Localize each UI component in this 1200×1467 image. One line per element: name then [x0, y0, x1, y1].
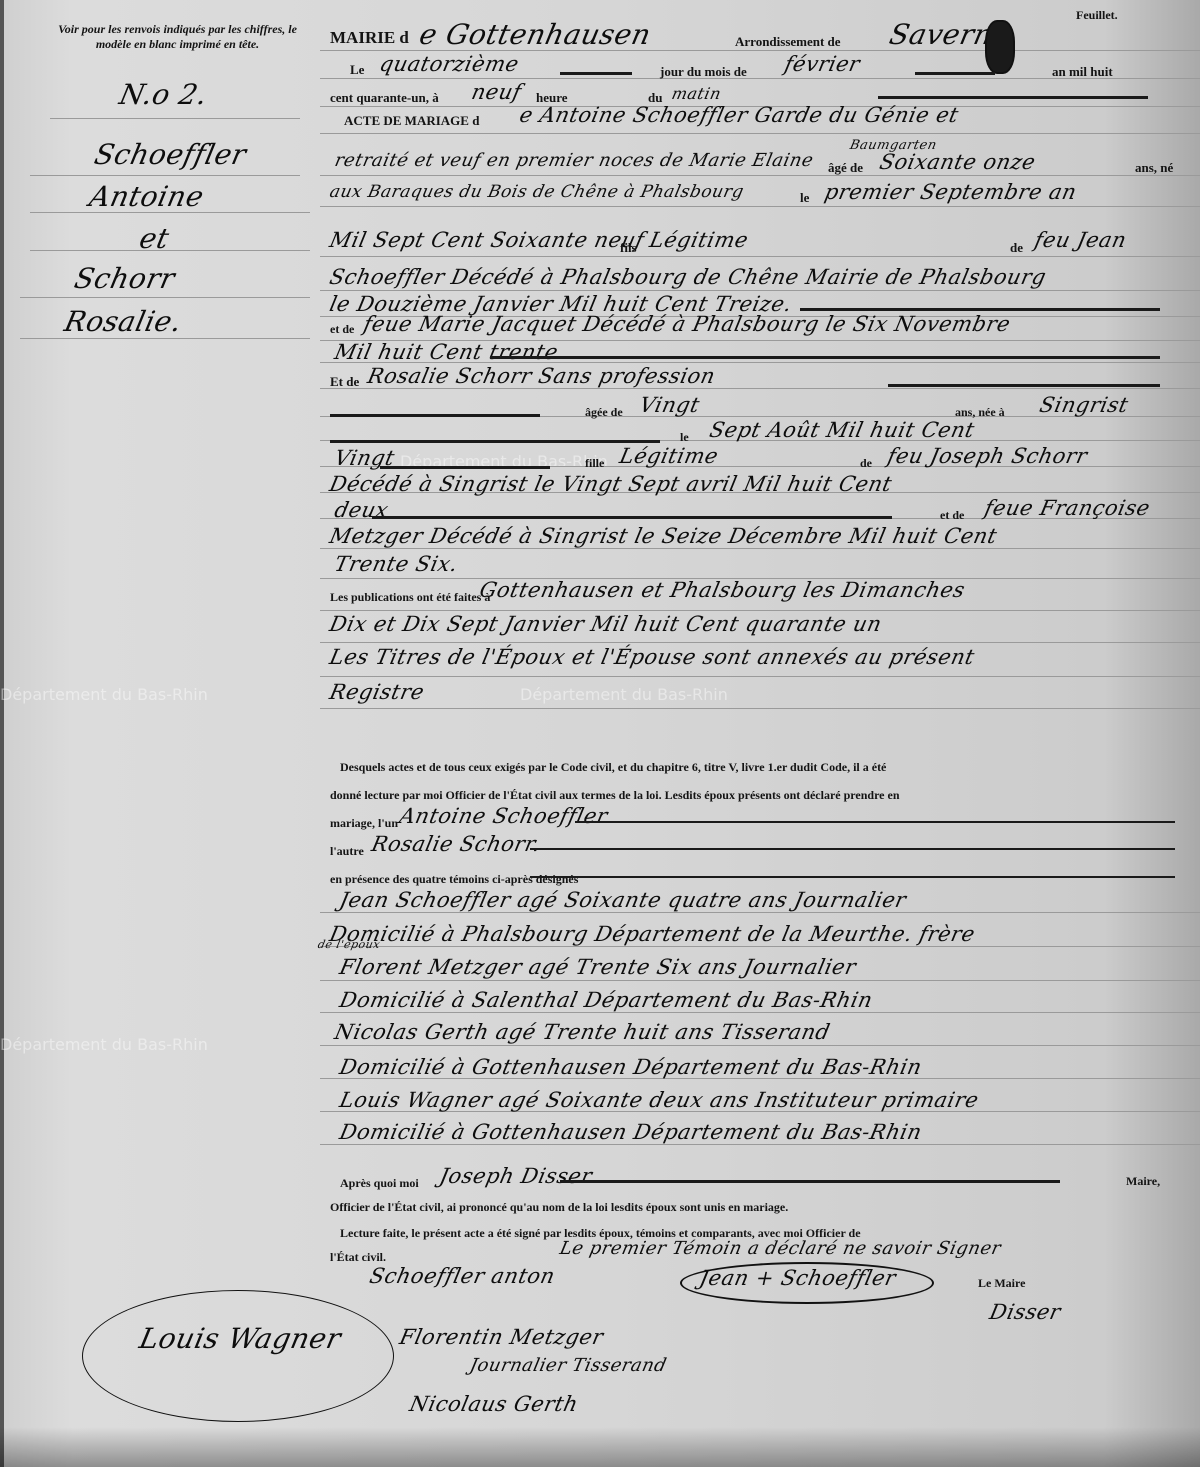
ink-blot	[985, 20, 1015, 74]
fils-label: fils	[620, 240, 637, 256]
le-maire-label: Le Maire	[978, 1276, 1025, 1291]
spouse-1: Antoine Schoeffler	[397, 804, 610, 828]
witness-line: Nicolas Gerth agé Trente huit ans Tisser…	[332, 1020, 832, 1044]
spouse-2: Rosalie Schorr.	[369, 832, 543, 856]
fille-label: fille	[585, 456, 604, 471]
mairie-label: MAIRIE d	[330, 28, 409, 48]
bride-age: Vingt	[637, 393, 702, 417]
apres-label: Après quoi moi	[340, 1176, 419, 1191]
witness-line: Domicilié à Gottenhausen Département du …	[337, 1120, 924, 1144]
metzger-signature: Florentin Metzger	[397, 1325, 605, 1349]
groom-age: Soixante onze	[877, 150, 1037, 174]
le-label: Le	[350, 62, 364, 78]
lautre-label: l'autre	[330, 844, 364, 859]
hour-value: neuf	[469, 80, 523, 104]
groom-birth-date-2: Mil Sept Cent Soixante neuf	[327, 228, 646, 252]
groom-line-2: retraité et veuf en premier noces de Mar…	[333, 150, 816, 171]
witness-mark-signature: Jean + Schoeffler	[697, 1266, 898, 1290]
day-value: quatorzième	[377, 52, 521, 76]
watermark: Département du Bas-Rhin	[520, 685, 728, 704]
groom-birth-place: aux Baraques du Bois de Chêne à Phalsbou…	[328, 182, 746, 202]
bride-name: Rosalie Schorr Sans profession	[365, 364, 717, 388]
witness-line: Louis Wagner agé Soixante deux ans Insti…	[337, 1088, 981, 1112]
month-value: février	[782, 52, 862, 76]
officier-paragraph: Officier de l'État civil, ai prononcé qu…	[330, 1200, 788, 1215]
presence-label: en présence des quatre témoins ci-après …	[330, 872, 578, 887]
period-value: matin	[670, 84, 723, 103]
publications-label: Les publications ont été faites à	[330, 590, 490, 605]
groom-signature: Schoeffler anton	[367, 1264, 557, 1288]
bride-father-2: Décédé à Singrist le Vingt Sept avril Mi…	[327, 472, 894, 496]
groom-birth-date-1: premier Septembre an	[822, 180, 1078, 204]
page-edge	[0, 0, 4, 1467]
bride-father-1: feu Joseph Schorr	[885, 444, 1089, 468]
de14-label: de	[860, 456, 872, 471]
mayor-name: Joseph Disser	[437, 1164, 594, 1188]
bride-birth-date-1: Sept Août Mil huit Cent	[707, 418, 976, 442]
acte-label: ACTE DE MARIAGE d	[344, 113, 479, 129]
witness-line: Domicilié à Gottenhausen Département du …	[337, 1055, 924, 1079]
et-de15-label: et de	[940, 508, 964, 523]
margin-groom-surname: Schoeffler	[91, 138, 249, 171]
margin-instruction: Voir pour les renvois indiqués par les c…	[40, 22, 315, 52]
an-mil-label: an mil huit	[1052, 64, 1113, 80]
agee-label: âgée de	[585, 405, 623, 420]
groom-mother-1: feue Marie Jacquet Décédé à Phalsbourg l…	[361, 312, 1012, 336]
ans-ne-label: ans, né	[1135, 160, 1173, 176]
groom-line-1: e Antoine Schoeffler Garde du Génie et	[517, 103, 960, 127]
desquels-paragraph: Desquels actes et de tous ceux exigés pa…	[340, 760, 886, 775]
age-label: âgé de	[828, 160, 863, 176]
metzger-role: Journalier Tisserand	[468, 1355, 669, 1376]
bride-birth-place: Singrist	[1037, 393, 1130, 417]
groom-mother-2: Mil huit Cent trente	[332, 340, 560, 364]
mariage-lun-label: mariage, l'un	[330, 816, 398, 831]
margin-bride-surname: Schorr	[71, 262, 178, 295]
mairie-value: e Gottenhausen	[416, 18, 654, 51]
watermark: Département du Bas-Rhin	[0, 685, 208, 704]
bride-mother-3: Trente Six.	[332, 552, 460, 576]
witness-line: Florent Metzger agé Trente Six ans Journ…	[337, 955, 858, 979]
de-label: de	[1010, 240, 1023, 256]
witness-line: Jean Schoeffler agé Soixante quatre ans …	[337, 888, 908, 912]
margin-bride-given: Rosalie.	[61, 305, 184, 338]
maire-label: Maire,	[1126, 1174, 1160, 1189]
groom-legitimacy: Légitime	[647, 228, 750, 252]
groom-father-1: feu Jean	[1032, 228, 1128, 252]
witness-line: Domicilié à Phalsbourg Département de la…	[327, 922, 977, 946]
margin-groom-given: Antoine	[86, 180, 206, 213]
bride-legitimacy: Légitime	[617, 444, 720, 468]
wagner-flourish	[82, 1290, 394, 1422]
et-de-9-label: Et de	[330, 374, 359, 390]
gerth-signature: Nicolaus Gerth	[407, 1392, 580, 1416]
et-de-label: et de	[330, 322, 354, 337]
mayor-signature: Disser	[987, 1300, 1063, 1324]
bride-mother-1: feue Françoise	[982, 496, 1152, 520]
margin-entry-number: N.o 2.	[116, 78, 210, 111]
feuillet-label: Feuillet.	[1076, 8, 1118, 23]
watermark: Département du Bas-Rhin	[0, 1035, 208, 1054]
etat-civil-label: l'État civil.	[330, 1250, 386, 1265]
declaration-text: Le premier Témoin a déclaré ne savoir Si…	[558, 1238, 1003, 1259]
le12-label: le	[680, 430, 689, 445]
jour-label: jour du mois de	[660, 64, 747, 80]
desquels-paragraph-2: donné lecture par moi Officier de l'État…	[330, 788, 900, 803]
cent-label: cent quarante-un, à	[330, 90, 439, 106]
le5-label: le	[800, 190, 809, 206]
publications-line-3: Les Titres de l'Époux et l'Épouse sont a…	[327, 645, 976, 669]
arrondissement-label: Arrondissement de	[735, 34, 841, 50]
publications-line-2: Dix et Dix Sept Janvier Mil huit Cent qu…	[327, 612, 884, 636]
publications-line-4: Registre	[327, 680, 426, 704]
publications-line-1: Gottenhausen et Phalsbourg les Dimanches	[477, 578, 967, 602]
wagner-signature: Louis Wagner	[136, 1322, 344, 1355]
bride-mother-2: Metzger Décédé à Singrist le Seize Décem…	[327, 524, 999, 548]
scanned-page: Département du Bas-Rhin Département du B…	[0, 0, 1200, 1467]
witness-line: Domicilié à Salenthal Département du Bas…	[337, 988, 875, 1012]
groom-father-2: Schoeffler Décédé à Phalsbourg de Chêne …	[327, 265, 1048, 289]
